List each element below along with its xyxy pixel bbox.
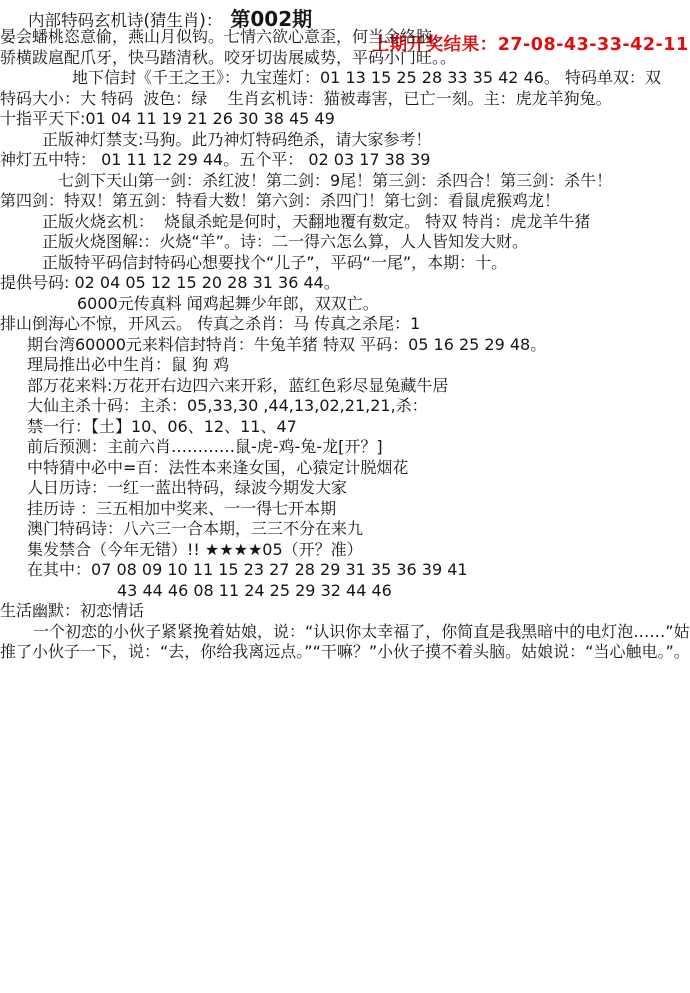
header-row: 内部特码玄机诗(猜生肖)： 第002期 上期开奖结果：27-08-43-33-4… [0, 3, 690, 27]
mid-special-line: 中特猜中必中=百：法性本来逢女国，心猿定计脱烟花 [0, 458, 690, 479]
lottery-tip-sheet: 内部特码玄机诗(猜生肖)： 第002期 上期开奖结果：27-08-43-33-4… [0, 0, 690, 993]
seven-swords-line-2: 第四剑：特双！第五剑：特看大数！第六剑：杀四门！第七剑：看鼠虎猴鸡龙！ [0, 191, 690, 212]
wall-calendar-poem-line: 挂历诗 ：三五相加中奖来、一一得七开本期 [0, 499, 690, 520]
bureau-zodiac-line: 理局推出必中生肖：鼠 狗 鸡 [0, 355, 690, 376]
magic-lamp-ban-line: 正版神灯禁支:马狗。此乃神灯特码绝杀，请大家参考！ [0, 130, 690, 151]
fax-kill-line: 排山倒海心不惊，开风云。 传真之杀肖：马 传真之杀尾：1 [0, 314, 690, 335]
fire-mystery-line: 正版火烧玄机： 烧鼠杀蛇是何时，天翻地覆有数定。 特双 特肖：虎龙羊牛猪 [0, 212, 690, 233]
daily-calendar-poem-line: 人日历诗：一红一蓝出特码，绿波今期发大家 [0, 478, 690, 499]
fax-6000-line: 6000元传真料 闻鸡起舞少年郎，双双亡。 [0, 294, 690, 315]
wanhua-material-line: 部万花来料:万花开右边四六来开彩，蓝红色彩尽显兔藏牛居 [0, 376, 690, 397]
included-numbers-line-2: 43 44 46 08 11 24 25 29 32 44 46 [0, 581, 690, 602]
fire-diagram-line: 正版火烧图解:：火烧“羊”。诗：二一得六怎么算，人人皆知发大财。 [0, 232, 690, 253]
last-draw-numbers: 27-08-43-33-42-11+29 [498, 35, 690, 55]
ban-one-row-line: 禁一行：【土】10、06、12、11、47 [0, 417, 690, 438]
macau-poem-line: 澳门特码诗：八六三一合本期，三三不分在来九 [0, 519, 690, 540]
magic-lamp-five-hit-line: 神灯五中特： 01 11 12 29 44。五个平： 02 03 17 38 3… [0, 150, 690, 171]
special-flat-code-line: 正版特平码信封特码心想要找个“儿子”，平码“一尾”，本期：十。 [0, 253, 690, 274]
taiwan-60000-line: 期台湾60000元来料信封特肖：牛兔羊猪 特双 平码：05 16 25 29 4… [0, 335, 690, 356]
humor-title-line: 生活幽默：初恋情话 [0, 601, 690, 622]
jifa-ban-line: 集发禁合（今年无错）!! ★★★★05（开？准） [0, 540, 690, 561]
humor-text-line-1: 一个初恋的小伙子紧紧挽着姑娘，说：“认识你太幸福了，你简直是我黑暗中的电灯泡……… [0, 622, 690, 643]
underground-envelope-line: 地下信封《千王之王》：九宝莲灯：01 13 15 25 28 33 35 42 … [0, 68, 690, 89]
humor-text-line-2: 推了小伙子一下，说：“去，你给我离远点。”“干嘛？”小伙子摸不着头脑。姑娘说：“… [0, 642, 690, 663]
seven-swords-line-1: 七剑下天山第一剑：杀红波！第二剑：9尾！第三剑：杀四合！第三剑：杀牛！ [0, 171, 690, 192]
special-code-attrs-line: 特码大小：大 特码 波色：绿 生肖玄机诗：猫被毒害，已亡一刻。主：虎龙羊狗兔。 [0, 89, 690, 110]
forecast-line: 前后预测：主前六肖…………鼠-虎-鸡-兔-龙[开？] [0, 437, 690, 458]
ten-fingers-numbers-line: 十指平天下:01 04 11 19 21 26 30 38 45 49 [0, 109, 690, 130]
included-numbers-line-1: 在其中：07 08 09 10 11 15 23 27 28 29 31 35 … [0, 560, 690, 581]
immortal-kill-ten-line: 大仙主杀十码：主杀：05,33,30 ,44,13,02,21,21,杀： [0, 396, 690, 417]
provided-numbers-line: 提供号码: 02 04 05 12 15 20 28 31 36 44。 [0, 273, 690, 294]
